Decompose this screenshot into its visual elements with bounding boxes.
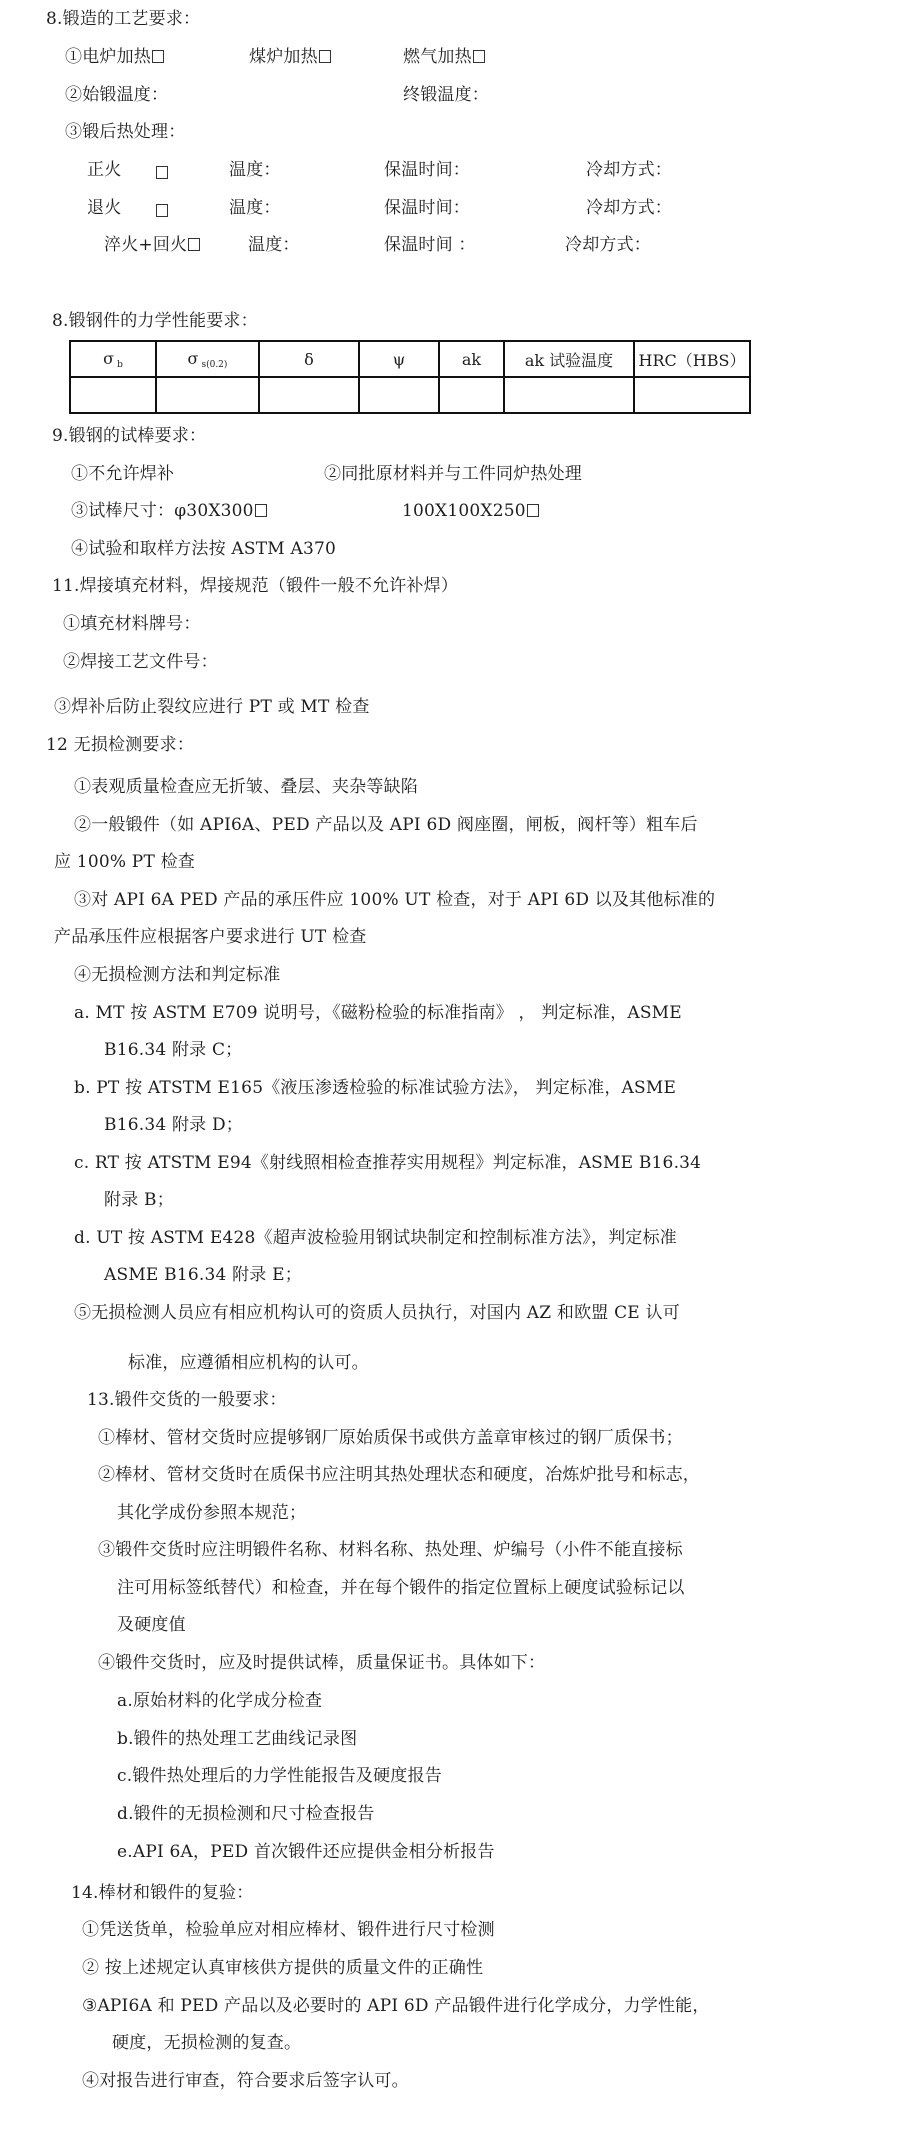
value-hrc-hbs[interactable] [634,377,750,413]
end-forging-temp-label: 终锻温度： [403,84,489,106]
delivery-item-2-cont: 其化学成份参照本规范； [117,1502,306,1524]
header-hrc-hbs: HRC（HBS） [634,341,750,377]
reinspection-item-2: ② 按上述规定认真审核供方提供的质量文件的正确性 [82,1957,483,1979]
delivery-item-3-cont: 注可用标签纸替代）和检查，并在每个锻件的指定位置标上硬度试验标记以 [117,1577,685,1599]
value-delta[interactable] [259,377,359,413]
annealing-cool-label: 冷却方式： [586,197,672,219]
ndt-item-3: ③对 API 6A PED 产品的承压件应 100% UT 检查，对于 API … [74,889,715,911]
no-weld-repair-item: ①不允许焊补 [71,463,174,485]
section-11-title: 11.焊接填充材料，焊接规范（锻件一般不允许补焊） [52,575,458,597]
gas-furnace-checkbox[interactable] [473,50,485,63]
delivery-item-1: ①棒材、管材交货时应提够钢厂原始质保书或供方盖章审核过的钢厂质保书； [98,1427,683,1449]
reinspection-item-1: ①凭送货单，检验单应对相应棒材、锻件进行尺寸检测 [82,1919,495,1941]
annealing-hold-label: 保温时间： [384,197,470,219]
welding-procedure-label: ②焊接工艺文件号： [63,651,218,673]
quench-temp-label: 温度： [248,234,300,256]
section-13-title: 13.锻件交货的一般要求： [87,1389,287,1411]
delivery-doc-c: c.锻件热处理后的力学性能报告及硬度报告 [117,1765,442,1787]
post-forging-heat-treatment-label: ③锻后热处理： [65,121,185,143]
bar-size-30x300-checkbox[interactable] [255,504,267,517]
ndt-method-a-cont: B16.34 附录 C； [104,1039,242,1061]
normalizing-checkbox[interactable] [156,166,168,179]
normalizing-cool-label: 冷却方式： [586,159,672,181]
test-method-item: ④试验和取样方法按 ASTM A370 [71,538,336,560]
ndt-item-2: ②一般锻件（如 API6A、PED 产品以及 API 6D 阀座圈，闸板，阀杆等… [74,814,698,836]
quench-cool-label: 冷却方式： [565,234,651,256]
delivery-doc-e: e.API 6A，PED 首次锻件还应提供金相分析报告 [117,1841,495,1863]
ndt-method-a: a. MT 按 ASTM E709 说明号，《磁粉检验的标准指南》 ， 判定标准… [74,1002,682,1024]
delivery-item-2: ②棒材、管材交货时在质保书应注明其热处理状态和硬度，冶炼炉批号和标志， [98,1464,700,1486]
value-ak[interactable] [439,377,504,413]
section-8-mech-title: 8.锻钢件的力学性能要求： [52,310,258,332]
delivery-doc-b: b.锻件的热处理工艺曲线记录图 [117,1728,357,1750]
quench-temper-option: 淬火+回火 [104,234,200,256]
bar-size-100x100x250-checkbox[interactable] [527,504,539,517]
normalizing-hold-label: 保温时间： [384,159,470,181]
ndt-method-d: d. UT 按 ASTM E428《超声波检验用钢试块制定和控制标准方法》，判定… [74,1227,677,1249]
quench-hold-label: 保温时间 ： [384,234,476,256]
delivery-item-3: ③锻件交货时应注明锻件名称、材料名称、热处理、炉编号（小件不能直接标 [98,1539,683,1561]
section-14-title: 14.棒材和锻件的复验： [71,1882,253,1904]
value-ak-test-temp[interactable] [504,377,634,413]
ndt-item-3-cont: 产品承压件应根据客户要求进行 UT 检查 [54,926,366,948]
quench-temper-checkbox[interactable] [188,238,200,251]
delivery-item-4: ④锻件交货时，应及时提供试棒，质量保证书。具体如下： [98,1652,545,1674]
delivery-doc-a: a.原始材料的化学成分检查 [117,1690,322,1712]
start-forging-temp-label: ②始锻温度： [65,84,168,106]
value-sigma-s[interactable] [156,377,259,413]
electric-furnace-checkbox[interactable] [152,50,164,63]
section-9-title: 9.锻钢的试棒要求： [52,425,206,447]
ndt-item-5: ⑤无损检测人员应有相应机构认可的资质人员执行，对国内 AZ 和欧盟 CE 认可 [74,1302,680,1324]
annealing-label: 退火 [87,197,121,219]
post-weld-inspection-item: ③焊补后防止裂纹应进行 PT 或 MT 检查 [54,696,370,718]
header-sigma-b: σb [70,341,156,377]
ndt-method-b-cont: B16.34 附录 D； [104,1114,243,1136]
electric-furnace-option: ①电炉加热 [65,46,164,68]
table-header-row: σb σs(0.2) δ ψ ak ak 试验温度 HRC（HBS） [70,341,750,377]
ndt-method-b: b. PT 按 ATSTM E165《液压渗透检验的标准试验方法》， 判定标准，… [74,1077,676,1099]
section-8-process-title: 8.锻造的工艺要求： [46,8,200,30]
annealing-temp-label: 温度： [229,197,281,219]
ndt-item-2-cont: 应 100% PT 检查 [54,851,195,873]
header-delta: δ [259,341,359,377]
gas-furnace-option: 燃气加热 [403,46,485,68]
bar-size-option-1: ③试棒尺寸：φ30X300 [71,500,267,522]
value-sigma-b[interactable] [70,377,156,413]
reinspection-item-4: ④对报告进行审查，符合要求后签字认可。 [82,2070,409,2092]
annealing-checkbox[interactable] [156,204,168,217]
same-batch-item: ②同批原材料并与工件同炉热处理 [324,463,582,485]
normalizing-label: 正火 [87,159,121,181]
ndt-method-c-cont: 附录 B； [104,1189,174,1211]
value-psi[interactable] [359,377,439,413]
section-12-title: 12 无损检测要求： [46,734,194,756]
reinspection-item-3: ③API6A 和 PED 产品以及必要时的 API 6D 产品锻件进行化学成分，… [82,1995,710,2017]
ndt-method-d-cont: ASME B16.34 附录 E； [104,1264,302,1286]
coal-furnace-option: 煤炉加热 [249,46,331,68]
ndt-method-c: c. RT 按 ATSTM E94《射线照相检查推荐实用规程》判定标准，ASME… [74,1152,701,1174]
coal-furnace-checkbox[interactable] [319,50,331,63]
ndt-item-4: ④无损检测方法和判定标准 [74,964,280,986]
normalizing-temp-label: 温度： [229,159,281,181]
reinspection-item-3-cont: 硬度，无损检测的复查。 [112,2032,301,2054]
mechanical-properties-table: σb σs(0.2) δ ψ ak ak 试验温度 HRC（HBS） [69,340,751,414]
ndt-item-1: ①表观质量检查应无折皱、叠层、夹杂等缺陷 [74,776,418,798]
header-ak: ak [439,341,504,377]
table-value-row [70,377,750,413]
header-ak-test-temp: ak 试验温度 [504,341,634,377]
delivery-doc-d: d.锻件的无损检测和尺寸检查报告 [117,1803,375,1825]
header-psi: ψ [359,341,439,377]
ndt-item-5-cont: 标准，应遵循相应机构的认可。 [128,1352,369,1374]
header-sigma-s: σs(0.2) [156,341,259,377]
delivery-item-3-cont2: 及硬度值 [117,1614,186,1636]
filler-material-label: ①填充材料牌号： [63,613,201,635]
bar-size-option-2: 100X100X250 [402,500,539,522]
